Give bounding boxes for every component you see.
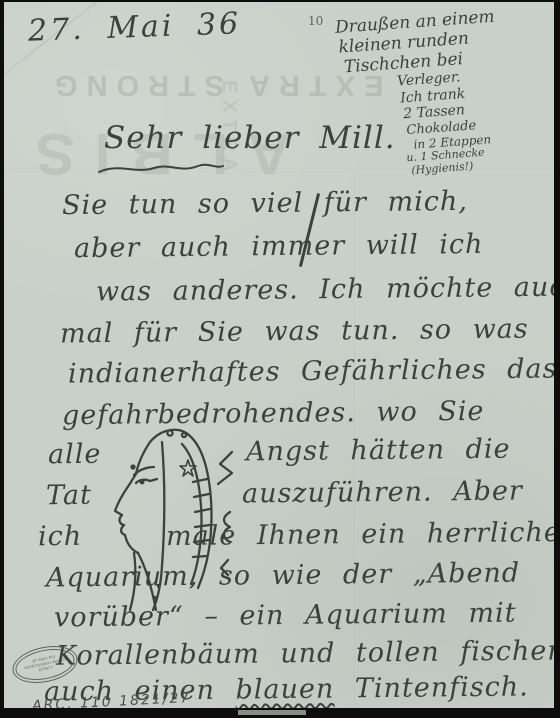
last-line-post: Tintenfisch. [334, 671, 529, 704]
body-line: mal für Sie was tun. so was [60, 314, 529, 350]
pencil-page-number: 10 [308, 14, 323, 28]
letter-page: EXTRA STRONG ALBIS EXTRA 27. Mai 36 10 D… [4, 2, 554, 708]
body-line: aber auch immer will ich [74, 229, 484, 264]
scanned-letter: EXTRA STRONG ALBIS EXTRA 27. Mai 36 10 D… [0, 0, 560, 718]
body-line: indianerhaftes Gefährliches das [68, 353, 554, 389]
body-line: ich [38, 521, 82, 552]
face-profile-sketch [92, 420, 244, 612]
scan-edge-bottom [0, 708, 560, 718]
body-line: Sie tun so viel für mich, [62, 186, 468, 221]
body-line: Angst hätten die [246, 434, 511, 468]
watermark-extra-strong: EXTRA STRONG [46, 68, 383, 101]
last-line-underlined-word: blauen [235, 673, 334, 705]
letter-date: 27. Mai 36 [27, 6, 241, 48]
scan-edge-right [554, 0, 560, 718]
body-line: was anderes. Ich möchte auch [96, 271, 554, 307]
scan-edge-left [0, 0, 4, 718]
salutation: Sehr lieber Mill. [104, 120, 396, 156]
scan-edge-top [0, 0, 560, 2]
body-line: auszuführen. Aber [242, 476, 523, 510]
body-line: Korallenbäum und tollen fischen, [56, 635, 554, 671]
scan-edge-notch [238, 710, 306, 715]
salutation-underline-flourish [96, 160, 226, 178]
body-line: Tat [46, 480, 92, 511]
